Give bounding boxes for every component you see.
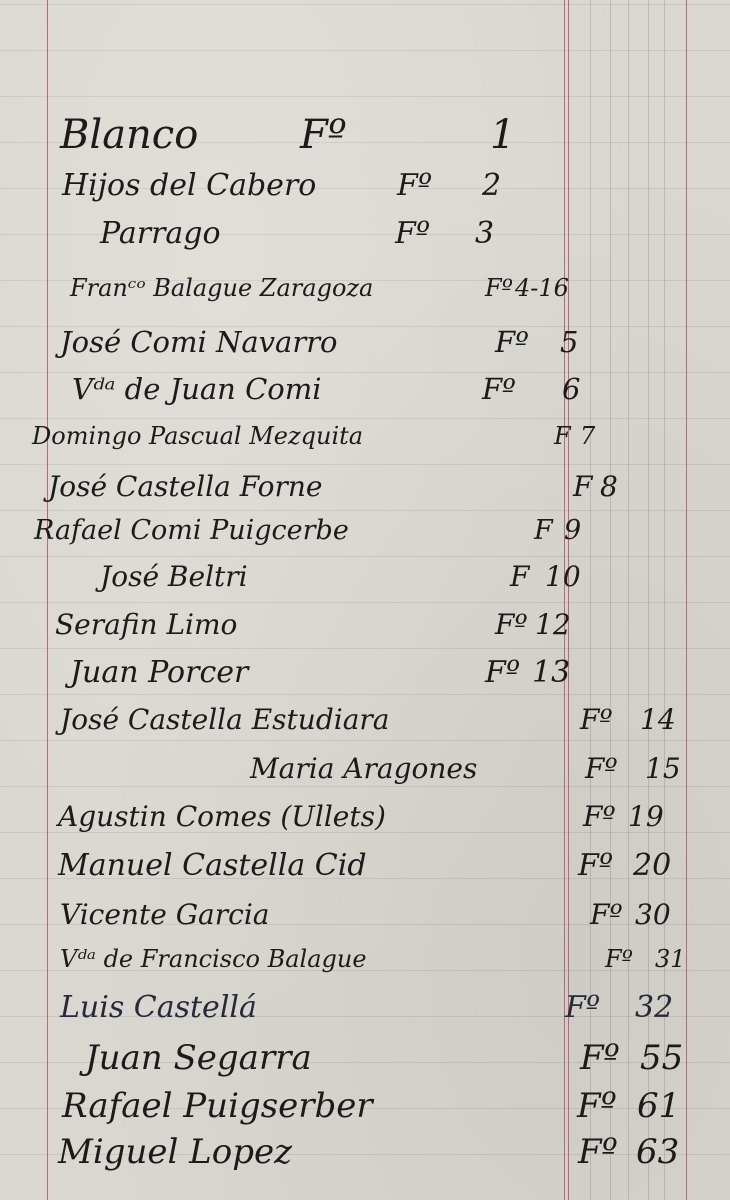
entry-folio-label: Fº [583, 800, 616, 833]
entry-name: José Castella Forne [48, 470, 322, 503]
entry-name: Juan Porcer [70, 655, 248, 690]
entry-folio: 6 [562, 372, 580, 406]
entry-folio-label: F [534, 515, 553, 546]
entry-folio: 5 [560, 325, 578, 359]
entry-folio-label: F [510, 560, 529, 593]
entry-folio: 20 [633, 848, 671, 883]
entry-folio: 12 [535, 608, 571, 641]
entry-folio-label: F [554, 422, 571, 450]
entry-folio: 14 [640, 703, 676, 736]
entry-folio-label: Fº [577, 1086, 617, 1126]
entry-folio-label: Fº [485, 274, 513, 302]
entry-name: Agustin Comes (Ullets) [58, 800, 386, 833]
entry-name: Domingo Pascual Mezquita [32, 422, 363, 450]
entry-folio-label: Fº [300, 112, 347, 158]
entry-name: José Castella Estudiara [60, 703, 389, 736]
entry-folio: 61 [637, 1086, 680, 1126]
entry-folio-label: Fº [397, 168, 432, 203]
entry-name: José Beltri [100, 560, 248, 593]
entry-name: Rafael Comi Puigcerbe [34, 515, 349, 546]
entry-folio: 2 [482, 168, 501, 203]
entry-folio-label: Fº [605, 945, 633, 973]
name-index-list: Blanco Fº 1 Hijos del Cabero Fº 2 Parrag… [0, 0, 730, 1200]
entry-folio: 1 [490, 112, 515, 158]
entry-name: Miguel Lopez [58, 1132, 292, 1172]
entry-name: Vᵈᵃ de Juan Comi [72, 372, 322, 406]
entry-name: Vicente Garcia [60, 898, 269, 931]
entry-folio-label: Fº [565, 990, 600, 1025]
entry-name: Parrago [100, 216, 221, 251]
entry-folio: 31 [655, 945, 686, 973]
entry-folio-label: Fº [395, 216, 430, 251]
entry-folio: 7 [580, 422, 595, 450]
entry-folio: 30 [635, 898, 671, 931]
entry-folio: 63 [636, 1132, 679, 1172]
entry-folio: 15 [645, 752, 681, 785]
entry-name: Luis Castellá [60, 990, 257, 1025]
entry-folio-label: Fº [482, 372, 516, 406]
entry-folio: 19 [628, 800, 664, 833]
entry-folio-label: Fº [590, 898, 623, 931]
entry-folio-label: Fº [495, 325, 529, 359]
entry-name: Juan Segarra [85, 1038, 312, 1078]
entry-name: Franᶜᵒ Balague Zaragoza [70, 274, 373, 302]
entry-name: Manuel Castella Cid [58, 848, 367, 883]
entry-name: Serafin Limo [55, 608, 237, 641]
entry-folio: 55 [640, 1038, 683, 1078]
entry-folio: 3 [475, 216, 494, 251]
ledger-page: Blanco Fº 1 Hijos del Cabero Fº 2 Parrag… [0, 0, 730, 1200]
entry-folio: 10 [545, 560, 581, 593]
entry-name: Rafael Puigserber [62, 1086, 373, 1126]
entry-folio-label: Fº [585, 752, 618, 785]
entry-folio: 8 [600, 470, 618, 503]
entry-folio: 4-16 [515, 274, 569, 302]
entry-folio-label: Fº [580, 1038, 620, 1078]
entry-name: Blanco [60, 112, 198, 158]
entry-name: Vᵈᵃ de Francisco Balague [60, 945, 367, 973]
entry-folio-label: Fº [578, 1132, 618, 1172]
entry-name: Maria Aragones [250, 752, 477, 785]
entry-name: Hijos del Cabero [62, 168, 316, 203]
entry-folio-label: Fº [495, 608, 528, 641]
entry-folio-label: Fº [485, 655, 520, 690]
entry-folio: 32 [635, 990, 673, 1025]
entry-name: José Comi Navarro [60, 325, 338, 359]
entry-folio-label: F [573, 470, 592, 503]
entry-folio-label: Fº [578, 848, 613, 883]
entry-folio: 13 [532, 655, 570, 690]
entry-folio: 9 [564, 515, 581, 546]
entry-folio-label: Fº [580, 703, 613, 736]
